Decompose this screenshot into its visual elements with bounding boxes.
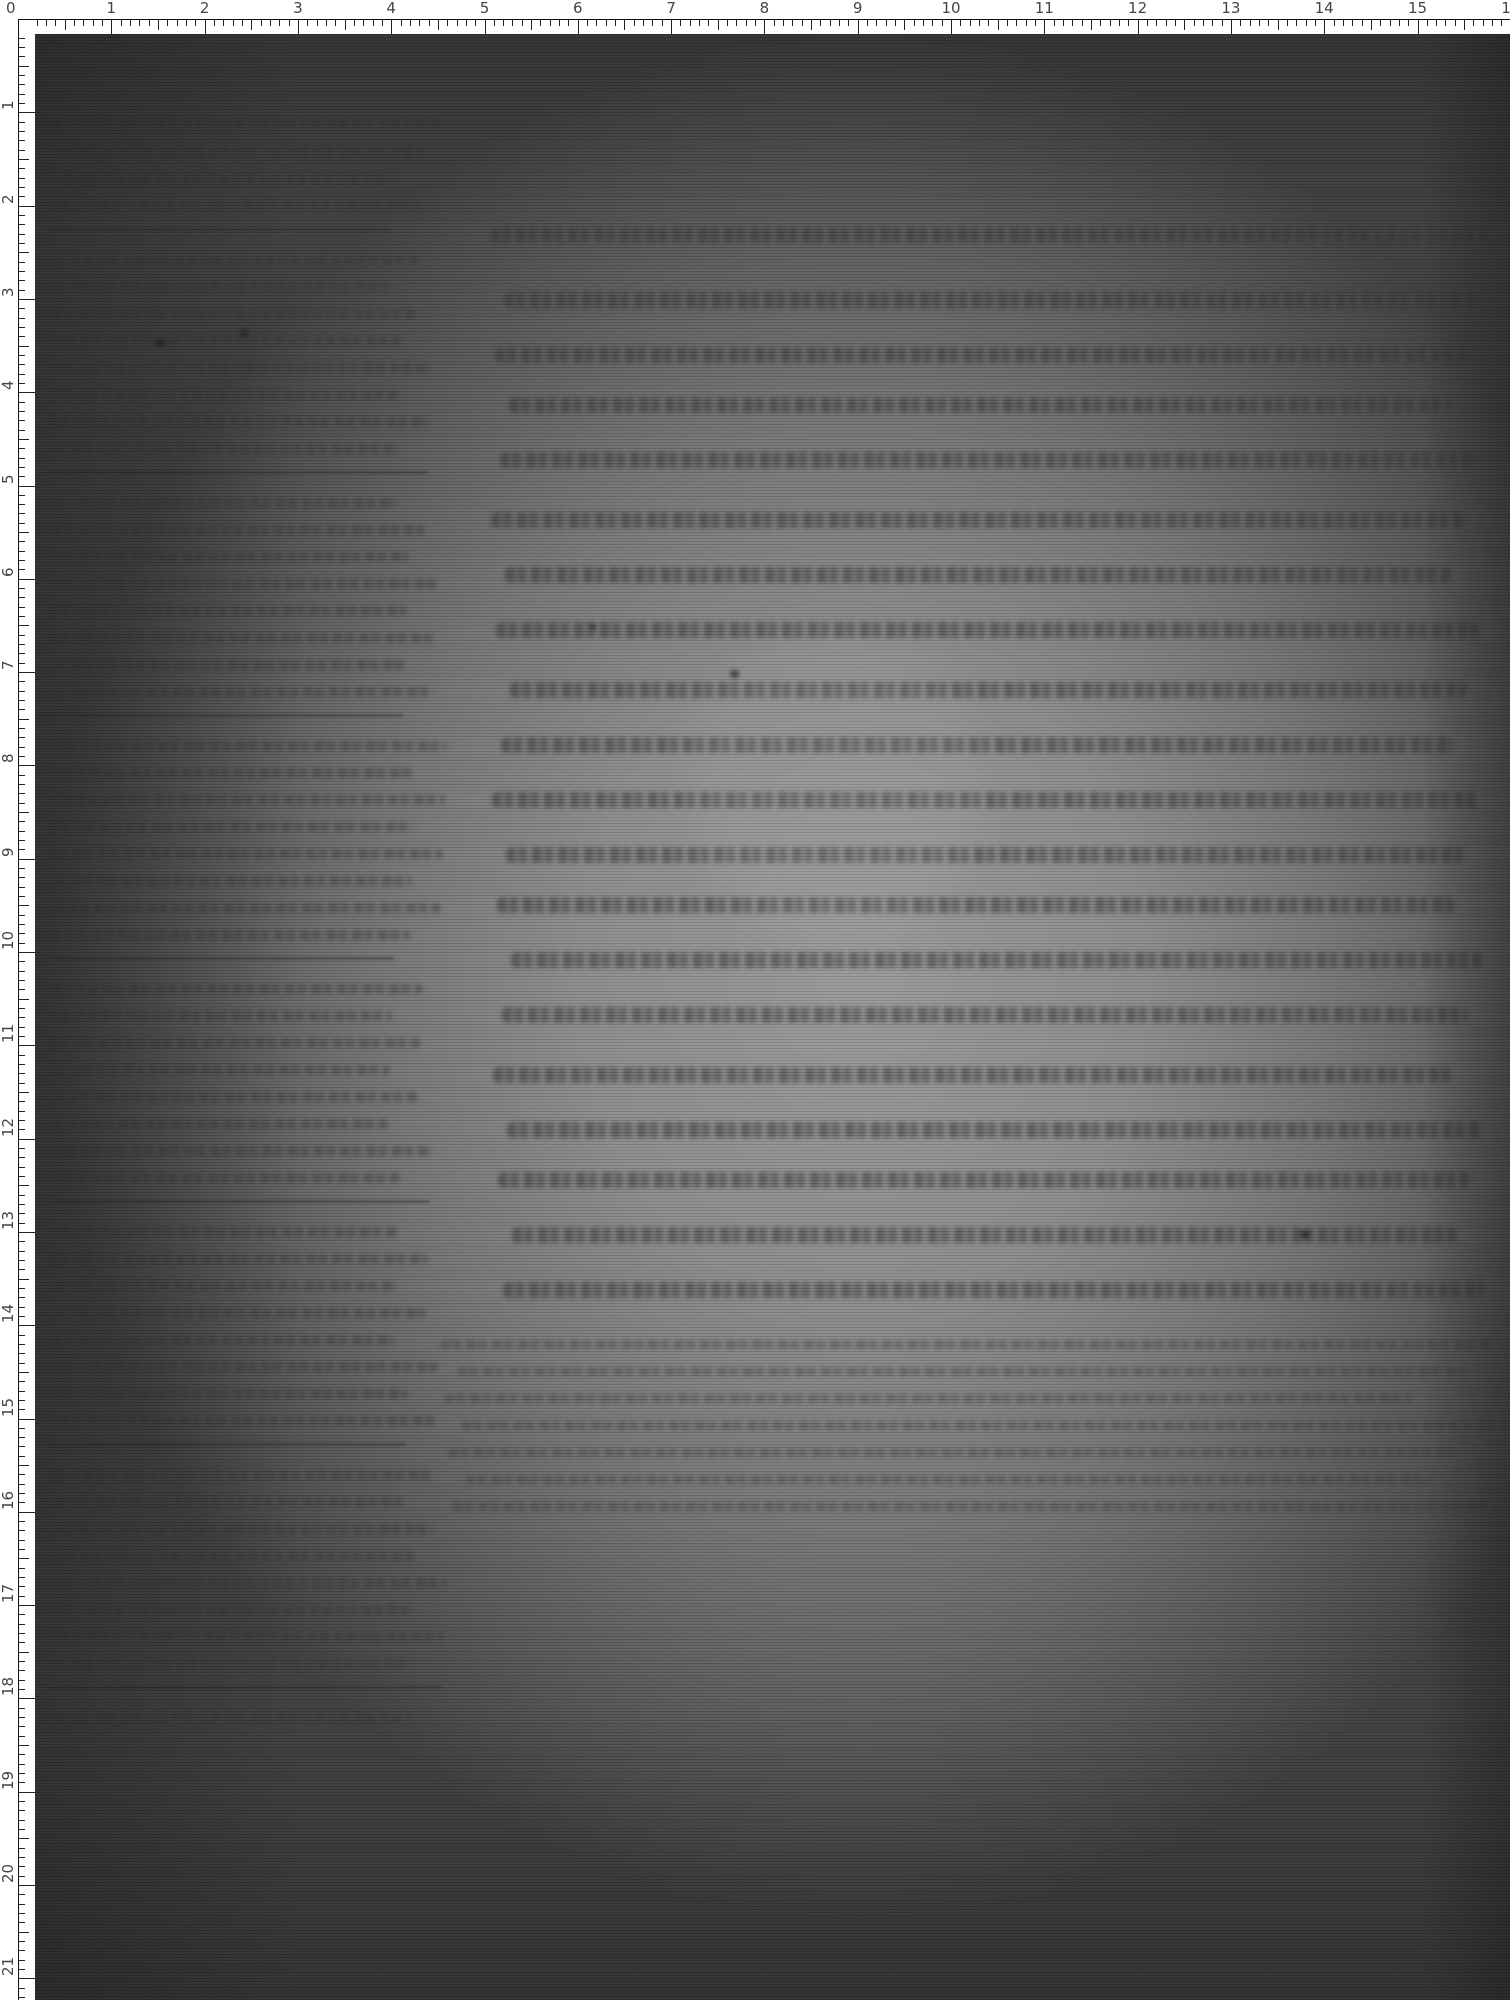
ruler-tick	[18, 1232, 35, 1233]
ruler-tick	[326, 19, 327, 26]
ruler-tick	[335, 19, 336, 26]
ruler-tick	[18, 1223, 25, 1224]
ruler-tick	[18, 569, 25, 570]
ruler-tick	[121, 19, 122, 26]
faded-text-line	[49, 606, 407, 616]
ruler-tick	[18, 971, 25, 972]
ruler-tick	[18, 1484, 25, 1485]
left-ruler: 123456789101112131415161718192021	[0, 0, 35, 2000]
ruler-tick	[540, 19, 541, 26]
ruler-tick	[531, 19, 532, 30]
ruler-tick	[475, 19, 476, 26]
faded-text-line	[44, 876, 412, 886]
ruler-tick	[18, 1978, 35, 1979]
ruler-tick	[18, 1465, 29, 1466]
ruler-tick	[391, 19, 392, 34]
ruler-tick	[18, 644, 25, 645]
ruler-tick	[18, 1073, 25, 1074]
faded-text-line	[44, 1686, 442, 1689]
ruler-tick	[18, 402, 25, 403]
ruler-tick	[587, 19, 588, 26]
faded-text-line	[52, 1173, 401, 1183]
ruler-tick	[18, 122, 25, 123]
ruler-tick	[18, 1260, 25, 1261]
ruler-tick	[139, 19, 140, 26]
ruler-tick	[1044, 19, 1045, 34]
ruler-tick	[886, 19, 887, 26]
ruler-tick	[18, 1969, 25, 1970]
ruler-tick	[18, 1064, 25, 1065]
ruler-tick	[643, 19, 644, 26]
ruler-tick	[18, 84, 25, 85]
ruler-tick	[18, 1493, 25, 1494]
ruler-tick	[764, 19, 765, 34]
ruler-tick	[820, 19, 821, 26]
ruler-label: 10	[1, 931, 16, 950]
ruler-tick	[1231, 19, 1232, 34]
ruler-origin-label: 0	[6, 0, 16, 17]
ruler-tick	[18, 700, 25, 701]
faded-text-line	[510, 682, 1466, 698]
ruler-tick	[1380, 19, 1381, 26]
ruler-tick	[18, 486, 35, 487]
ruler-tick	[18, 513, 25, 514]
ruler-tick	[18, 383, 25, 384]
ruler-tick	[1026, 19, 1027, 26]
ruler-tick	[559, 19, 560, 26]
faded-text-line	[42, 1713, 411, 1723]
ruler-tick	[1473, 19, 1474, 26]
ruler-tick	[522, 19, 523, 26]
ruler-tick	[18, 1689, 25, 1690]
ruler-tick	[1418, 19, 1419, 34]
ruler-tick	[18, 1568, 25, 1569]
faded-text-line	[48, 417, 429, 427]
ink-spot	[240, 329, 249, 338]
ruler-label: 13	[1221, 0, 1240, 17]
ruler-tick	[1054, 19, 1055, 26]
ruler-tick	[1100, 19, 1101, 26]
faded-text-line	[43, 1092, 419, 1102]
ruler-tick	[261, 19, 262, 26]
ruler-tick	[18, 392, 35, 393]
ruler-label: 14	[1315, 0, 1334, 17]
ruler-tick	[18, 719, 29, 720]
faded-text-line	[54, 336, 402, 346]
ruler-tick	[18, 1577, 25, 1578]
ruler-tick	[18, 709, 25, 710]
ruler-tick	[18, 1773, 25, 1774]
ruler-label: 9	[1, 847, 16, 857]
ruler-tick	[18, 756, 25, 757]
faded-text-line	[50, 1200, 430, 1203]
ruler-tick	[503, 19, 504, 26]
manuscript-scan-image	[35, 34, 1510, 2000]
faded-text-line	[45, 255, 420, 265]
ruler-tick	[1362, 19, 1363, 26]
faded-text-line	[497, 897, 1454, 913]
ruler-tick	[18, 1437, 25, 1438]
faded-text-line	[461, 1421, 1508, 1430]
faded-text-line	[51, 174, 393, 184]
ruler-tick	[18, 1279, 29, 1280]
ruler-tick	[18, 1661, 25, 1662]
ruler-tick	[1492, 19, 1493, 26]
ruler-label: 9	[853, 0, 863, 17]
ruler-label: 3	[293, 0, 303, 17]
ruler-tick	[18, 803, 25, 804]
ruler-tick	[18, 271, 25, 272]
ruler-tick	[876, 19, 877, 26]
ruler-tick	[18, 1241, 25, 1242]
faded-text-line	[40, 1335, 395, 1345]
top-ruler: 12345678910111213141516	[0, 0, 1510, 34]
faded-text-line	[493, 1067, 1455, 1083]
ruler-tick	[951, 19, 952, 34]
faded-text-line	[496, 622, 1479, 638]
faded-text-line	[47, 1443, 406, 1446]
ruler-tick	[18, 793, 25, 794]
ruler-tick	[18, 476, 25, 477]
ruler-tick	[18, 943, 25, 944]
ruler-tick	[18, 728, 25, 729]
ruler-tick	[18, 672, 35, 673]
ruler-label: 20	[1, 1864, 16, 1883]
ruler-tick	[18, 47, 25, 48]
faded-text-line	[50, 390, 400, 400]
ruler-label: 17	[1, 1584, 16, 1603]
ruler-tick	[858, 19, 859, 34]
ruler-tick	[662, 19, 663, 26]
ruler-tick	[18, 924, 25, 925]
ruler-tick	[18, 523, 25, 524]
ruler-tick	[18, 1167, 25, 1168]
ruler-tick	[18, 1652, 29, 1653]
ruler-tick	[18, 1017, 25, 1018]
faded-text-line	[503, 1282, 1483, 1298]
ruler-tick	[18, 999, 29, 1000]
ruler-tick	[1334, 19, 1335, 26]
ruler-tick	[18, 1344, 25, 1345]
ruler-tick	[18, 504, 25, 505]
ruler-tick	[18, 681, 25, 682]
ruler-tick	[111, 19, 112, 34]
ruler-tick	[1175, 19, 1176, 26]
ruler-tick	[18, 112, 35, 113]
ruler-tick	[1390, 19, 1391, 26]
ruler-tick	[18, 1885, 35, 1886]
ruler-tick	[18, 103, 25, 104]
ruler-tick	[18, 299, 35, 300]
ruler-tick	[568, 19, 569, 26]
ruler-tick	[18, 1922, 25, 1923]
ruler-tick	[83, 19, 84, 26]
ruler-tick	[363, 19, 364, 26]
ruler-tick	[18, 933, 25, 934]
ruler-tick	[1016, 19, 1017, 26]
ruler-tick	[18, 1288, 25, 1289]
ruler-tick	[18, 1904, 25, 1905]
ruler-tick	[18, 131, 25, 132]
ruler-tick	[970, 19, 971, 26]
faded-text-line	[46, 444, 398, 454]
ruler-tick	[1483, 19, 1484, 26]
faded-text-line	[512, 1227, 1456, 1243]
ruler-tick	[18, 215, 25, 216]
ruler-tick	[447, 19, 448, 26]
ruler-tick	[18, 1642, 25, 1643]
ruler-tick	[18, 1474, 25, 1475]
ruler-tick	[186, 19, 187, 26]
ruler-tick	[130, 19, 131, 26]
ruler-label: 12	[1128, 0, 1147, 17]
ruler-tick	[18, 625, 29, 626]
ruler-tick	[18, 1148, 25, 1149]
ruler-tick	[1455, 19, 1456, 26]
ruler-tick	[18, 1036, 25, 1037]
ruler-tick	[298, 19, 299, 34]
faded-text-line	[45, 1470, 435, 1480]
ruler-tick	[18, 1829, 25, 1830]
ruler-label: 7	[1, 661, 16, 671]
ruler-tick	[18, 1027, 25, 1028]
ruler-tick	[18, 196, 25, 197]
faded-text-line	[44, 1281, 397, 1291]
ruler-tick	[18, 1502, 25, 1503]
ruler-tick	[18, 430, 25, 431]
ruler-tick	[18, 1409, 25, 1410]
ruler-label: 15	[1408, 0, 1427, 17]
ruler-label: 11	[1, 1024, 16, 1043]
ruler-tick	[18, 150, 25, 151]
ruler-tick	[1007, 19, 1008, 26]
ruler-tick	[18, 1558, 29, 1559]
ruler-tick	[904, 19, 905, 30]
faded-text-line	[504, 292, 1477, 308]
ruler-label: 16	[1, 1491, 16, 1510]
faded-text-line	[54, 1146, 432, 1156]
ruler-tick	[18, 290, 25, 291]
ruler-tick	[18, 140, 25, 141]
ruler-tick	[1203, 19, 1204, 26]
ruler-tick	[18, 252, 29, 253]
faded-text-line	[44, 471, 427, 474]
faded-text-line	[50, 1605, 415, 1615]
ruler-tick	[18, 1866, 25, 1867]
ruler-tick	[18, 877, 25, 878]
ruler-tick	[18, 364, 25, 365]
faded-text-line	[42, 498, 396, 508]
ruler-tick	[1315, 19, 1316, 26]
ruler-tick	[18, 1512, 35, 1513]
ruler-tick	[195, 19, 196, 26]
ruler-tick	[979, 19, 980, 26]
ruler-tick	[494, 19, 495, 26]
ruler-tick	[811, 19, 812, 30]
ruler-tick	[74, 19, 75, 26]
ruler-label: 8	[1, 754, 16, 764]
ruler-tick	[18, 1101, 25, 1102]
ruler-tick	[18, 1549, 25, 1550]
ruler-tick	[429, 19, 430, 26]
ruler-tick	[55, 19, 56, 26]
ruler-tick	[18, 262, 25, 263]
ruler-tick	[233, 19, 234, 26]
ruler-label: 19	[1, 1771, 16, 1790]
faded-text-line	[51, 984, 423, 994]
ruler-tick	[1445, 19, 1446, 26]
ruler-tick	[18, 1726, 25, 1727]
ruler-label: 2	[1, 194, 16, 204]
faded-text-line	[511, 952, 1481, 968]
ruler-tick	[596, 19, 597, 26]
ruler-label: 4	[386, 0, 396, 17]
ruler-tick	[102, 19, 103, 26]
ruler-tick	[550, 19, 551, 26]
ruler-label: 1	[107, 0, 117, 17]
ruler-tick	[18, 1391, 25, 1392]
faded-text-line	[42, 903, 441, 913]
faded-text-line	[47, 633, 436, 643]
ruler-tick	[998, 19, 999, 30]
faded-text-line	[48, 822, 414, 832]
ruler-label: 5	[1, 474, 16, 484]
ruler-tick	[18, 1605, 35, 1606]
ruler-tick	[18, 849, 25, 850]
faded-text-line	[43, 282, 389, 292]
ruler-tick	[18, 178, 25, 179]
ruler-tick	[634, 19, 635, 26]
ruler-tick	[18, 1876, 25, 1877]
ruler-tick	[18, 1335, 25, 1336]
ruler-tick	[419, 19, 420, 26]
ruler-tick	[18, 989, 25, 990]
ruler-tick	[18, 653, 25, 654]
ruler-tick	[18, 896, 25, 897]
ruler-tick	[18, 831, 25, 832]
ruler-tick	[18, 980, 25, 981]
ruler-tick	[18, 1624, 25, 1625]
faded-text-line	[53, 957, 394, 960]
ruler-tick	[18, 1428, 25, 1429]
ruler-tick	[18, 327, 25, 328]
ruler-tick	[18, 1932, 29, 1933]
ruler-tick	[18, 1139, 35, 1140]
ruler-tick	[401, 19, 402, 26]
ruler-tick	[18, 1596, 25, 1597]
faded-text-line	[498, 1172, 1469, 1188]
faded-text-line	[41, 309, 418, 319]
ruler-tick	[18, 187, 25, 188]
ruler-label: 21	[1, 1957, 16, 1976]
ruler-tick	[18, 821, 25, 822]
ruler-tick	[718, 19, 719, 30]
ruler-tick	[18, 1894, 25, 1895]
ruler-tick	[18, 1941, 25, 1942]
ruler-tick	[158, 19, 159, 30]
ruler-tick	[242, 19, 243, 26]
ruler-tick	[792, 19, 793, 26]
faded-text-line	[495, 347, 1464, 363]
ruler-tick	[18, 1316, 25, 1317]
ruler-tick	[839, 19, 840, 26]
ruler-tick	[18, 224, 25, 225]
ruler-tick	[736, 19, 737, 26]
ruler-tick	[18, 1614, 25, 1615]
faded-text-line	[506, 847, 1467, 863]
ruler-tick	[457, 19, 458, 26]
ink-spot	[155, 339, 165, 347]
ruler-tick	[932, 19, 933, 26]
faded-text-line	[500, 452, 1478, 468]
faded-text-line	[491, 512, 1465, 528]
ruler-tick	[65, 19, 66, 30]
ruler-tick	[1250, 19, 1251, 26]
faded-text-line	[51, 579, 438, 589]
ruler-tick	[354, 19, 355, 26]
ruler-tick	[18, 1185, 29, 1186]
faded-text-line	[40, 525, 425, 535]
faded-text-line	[46, 1254, 428, 1264]
ruler-tick	[18, 318, 25, 319]
ruler-tick	[18, 812, 29, 813]
ruler-label: 11	[1035, 0, 1054, 17]
ruler-tick	[1147, 19, 1148, 26]
ruler-tick	[783, 19, 784, 26]
ruler-tick	[18, 961, 25, 962]
ruler-tick	[46, 19, 47, 26]
ruler-tick	[18, 458, 25, 459]
ruler-tick	[251, 19, 252, 30]
ruler-corner: 0	[0, 0, 35, 34]
ruler-tick	[18, 1633, 25, 1634]
ruler-tick	[18, 1950, 25, 1951]
ruler-tick	[214, 19, 215, 26]
ruler-label: 8	[760, 0, 770, 17]
faded-text-line	[43, 687, 434, 697]
ruler-tick	[18, 1792, 35, 1793]
ruler-tick	[755, 19, 756, 26]
ruler-tick	[1371, 19, 1372, 30]
ruler-tick	[1501, 19, 1502, 26]
ruler-tick	[18, 1782, 25, 1783]
faded-text-line	[52, 768, 416, 778]
ruler-tick	[18, 560, 25, 561]
ruler-tick	[18, 1586, 25, 1587]
faded-text-line	[50, 795, 445, 805]
ruler-tick	[615, 19, 616, 26]
ruler-tick	[960, 19, 961, 26]
faded-text-line	[490, 227, 1490, 243]
faded-text-line	[53, 552, 409, 562]
ruler-tick	[18, 1708, 25, 1709]
ruler-tick	[205, 19, 206, 34]
ruler-tick	[1306, 19, 1307, 26]
faded-text-line	[42, 1308, 426, 1318]
ruler-tick	[18, 607, 25, 608]
ruler-tick	[18, 868, 25, 869]
ruler-tick	[18, 1810, 25, 1811]
ruler-tick	[18, 439, 29, 440]
ruler-tick	[578, 19, 579, 34]
faded-text-line	[40, 120, 440, 130]
faded-text-line	[49, 1416, 437, 1426]
ruler-label: 6	[1, 567, 16, 577]
ruler-tick	[680, 19, 681, 26]
ruler-tick	[18, 1092, 29, 1093]
ruler-tick	[18, 1670, 25, 1671]
ruler-tick	[18, 597, 25, 598]
